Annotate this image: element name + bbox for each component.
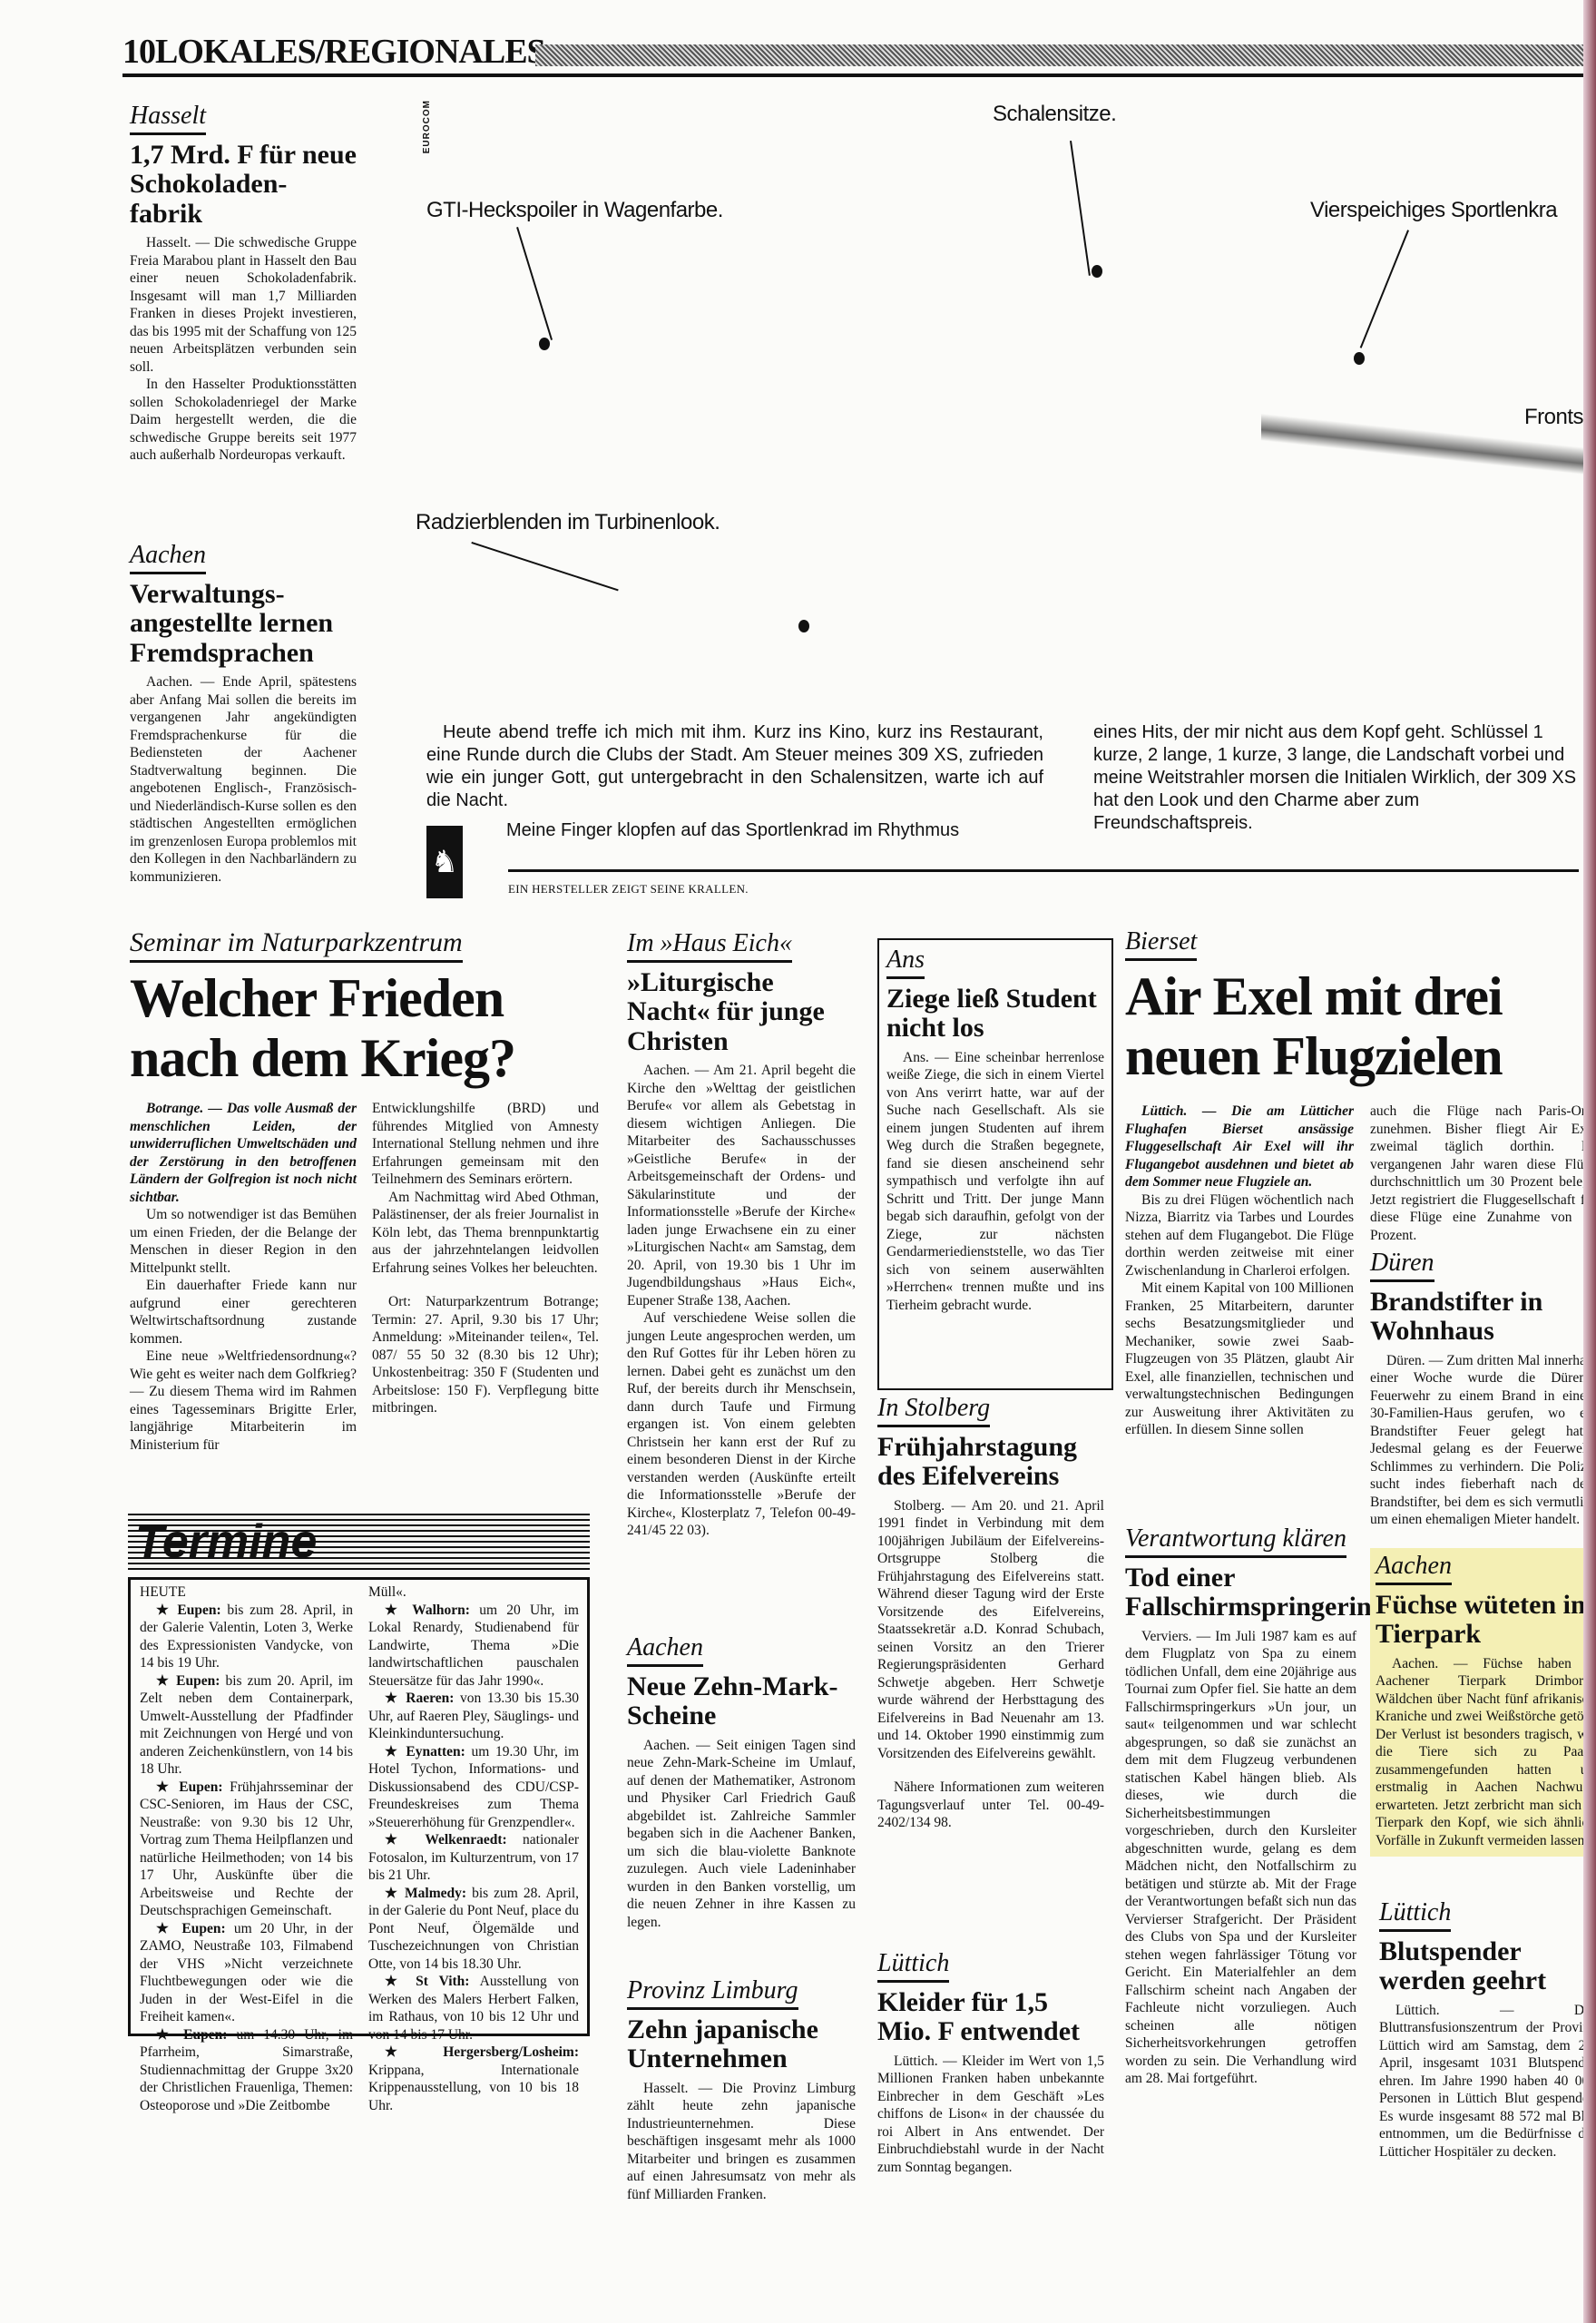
callout-pointer-dot — [539, 338, 550, 350]
article-headline: Verwaltungs-angestellte lernen Fremdspra… — [130, 580, 357, 668]
termine-item: ★ Eupen: bis zum 28. April, in der Galer… — [140, 1602, 353, 1672]
termine-item: ★ Eupen: um 20 Uhr, in der ZAMO, Neustra… — [140, 1920, 353, 2026]
termine-item: ★ Hergersberg/Losheim: Krippana, Interna… — [368, 2044, 579, 2114]
article-headline: 1,7 Mrd. F für neue Schokoladen-fabrik — [130, 141, 357, 229]
article-headline: »Liturgische Nacht« für junge Christen — [627, 968, 856, 1056]
article-luettich-kleider: Lüttich Kleider für 1,5 Mio. F entwendet… — [877, 1949, 1104, 2176]
article-kicker: Düren — [1370, 1249, 1434, 1282]
ad-callout-heckspoiler: GTI-Heckspoiler in Wagenfarbe. — [426, 198, 723, 223]
termine-col-2: Müll«. ★ Walhorn: um 20 Uhr, im Lokal Re… — [368, 1583, 579, 2114]
section-title: 10LOKALES/REGIONALES — [122, 32, 545, 72]
article-seminar: Seminar im Naturparkzentrum Welcher Frie… — [130, 927, 602, 1093]
article-headline: Kleider für 1,5 Mio. F entwendet — [877, 1988, 1104, 2047]
termine-header: Termine — [128, 1514, 590, 1570]
article-limburg: Provinz Limburg Zehn japanische Unterneh… — [627, 1976, 856, 2203]
article-haus-eich: Im »Haus Eich« »Liturgische Nacht« für j… — [627, 929, 856, 1540]
article-dueren: Düren Brandstifter in Wohnhaus Düren. — … — [1370, 1249, 1596, 1529]
article-kicker: Aachen — [627, 1633, 703, 1667]
article-headline: Neue Zehn-Mark-Scheine — [627, 1672, 856, 1731]
seminar-col-2: Entwicklungshilfe (BRD) und führendes Mi… — [372, 1100, 599, 1417]
ad-copy-left: Heute abend treffe ich mich mit ihm. Kur… — [426, 721, 1043, 812]
callout-pointer-line — [1360, 230, 1409, 348]
article-aachen-fuechse: Aachen Füchse wüteten im Tierpark Aachen… — [1370, 1548, 1596, 1857]
ad-rule — [508, 869, 1579, 872]
callout-pointer-line — [471, 542, 618, 591]
termine-item: ★ Raeren: von 13.30 bis 15.30 Uhr, auf R… — [368, 1690, 579, 1743]
page-masthead: 10LOKALES/REGIONALES — [122, 32, 1592, 77]
ad-credit: EUROCOM — [422, 100, 432, 153]
article-kicker: Ans — [886, 946, 925, 979]
article-aachen-sprachen: Aachen Verwaltungs-angestellte lernen Fr… — [130, 541, 357, 886]
article-kicker: Bierset — [1125, 927, 1197, 961]
termine-item: ★ Eupen: Frühjahrsseminar der CSC-Senior… — [140, 1779, 353, 1920]
article-headline: Ziege ließ Student nicht los — [886, 985, 1104, 1044]
callout-pointer-line — [516, 227, 553, 340]
article-verviers: Verantwortung klären Tod einer Fallschir… — [1125, 1524, 1356, 2088]
termine-box: HEUTE ★ Eupen: bis zum 28. April, in der… — [128, 1577, 590, 2036]
article-headline: Frühjahrstagung des Eifelvereins — [877, 1433, 1104, 1492]
ad-callout-schalensitze: Schalensitze. — [993, 102, 1116, 127]
page-number: 10 — [122, 33, 155, 71]
article-kicker: Im »Haus Eich« — [627, 929, 792, 963]
bierset-col-2: auch die Flüge nach Paris-Orly zunehmen.… — [1370, 1103, 1596, 1244]
article-kicker: Aachen — [130, 541, 206, 574]
article-headline: Brandstifter in Wohnhaus — [1370, 1288, 1596, 1347]
callout-pointer-line — [1070, 141, 1091, 276]
bierset-col-1: Lüttich. — Die am Lütticher Flughafen Bi… — [1125, 1103, 1354, 1439]
termine-item: ★ Walhorn: um 20 Uhr, im Lokal Renardy, … — [368, 1602, 579, 1691]
termine-item: ★ Eupen: bis zum 20. April, im Zelt nebe… — [140, 1672, 353, 1779]
article-headline: Blutspender werden geehrt — [1379, 1937, 1596, 1996]
ad-slogan: EIN HERSTELLER ZEIGT SEINE KRALLEN. — [508, 882, 749, 897]
callout-pointer-dot — [798, 620, 809, 632]
termine-item: ★ Malmedy: bis zum 28. April, in der Gal… — [368, 1885, 579, 1974]
termine-day: HEUTE — [140, 1583, 353, 1602]
ad-copy-left-last: Meine Finger klopfen auf das Sportlenkra… — [506, 819, 1051, 842]
article-ans: Ans Ziege ließ Student nicht los Ans. — … — [877, 938, 1113, 1390]
seminar-col-1: Botrange. — Das volle Ausmaß der menschl… — [130, 1100, 357, 1454]
termine-col-1: HEUTE ★ Eupen: bis zum 28. April, in der… — [140, 1583, 353, 2114]
termine-item: ★ Welkenraedt: nationaler Fotosalon, im … — [368, 1831, 579, 1885]
article-kicker: Lüttich — [877, 1949, 949, 1983]
article-aachen-mark: Aachen Neue Zehn-Mark-Scheine Aachen. — … — [627, 1633, 856, 1931]
page-edge-shadow — [1583, 0, 1596, 2323]
article-body: Hasselt. — Die schwedische Gruppe Freia … — [130, 234, 357, 465]
callout-pointer-dot — [1354, 352, 1365, 365]
ad-copy-right: eines Hits, der mir nicht aus dem Kopf g… — [1093, 721, 1583, 835]
article-headline: Tod einer Fallschirmspringerin — [1125, 1563, 1356, 1622]
article-headline: Zehn japanische Unternehmen — [627, 2015, 856, 2074]
article-luettich-blut: Lüttich Blutspender werden geehrt Lüttic… — [1379, 1898, 1596, 2161]
termine-item: ★ St Vith: Ausstellung von Werken des Ma… — [368, 1973, 579, 2044]
article-kicker: Aachen — [1376, 1552, 1452, 1585]
termine-title: Termine — [135, 1514, 317, 1570]
section-name: LOKALES/REGIONALES — [155, 33, 545, 71]
ad-callout-front: Fronts — [1524, 405, 1583, 430]
article-kicker: In Stolberg — [877, 1394, 990, 1427]
article-kicker: Seminar im Naturparkzentrum — [130, 927, 463, 963]
masthead-hatch-bar — [535, 44, 1592, 66]
article-kicker: Lüttich — [1379, 1898, 1451, 1932]
article-headline: Welcher Frieden nach dem Krieg? — [130, 968, 602, 1088]
termine-item: ★ Eynatten: um 19.30 Uhr, im Hotel Tycho… — [368, 1743, 579, 1832]
ad-callout-radzierblenden: Radzierblenden im Turbinenlook. — [416, 510, 720, 535]
article-body: Aachen. — Ende April, spätestens aber An… — [130, 673, 357, 886]
article-headline: Füchse wüteten im Tierpark — [1376, 1591, 1596, 1650]
article-bierset: Bierset Air Exel mit drei neuen Flugziel… — [1125, 927, 1596, 1092]
termine-item: ★ Eupen: um 14.30 Uhr, im Pfarrheim, Sim… — [140, 2026, 353, 2115]
callout-pointer-dot — [1092, 265, 1102, 278]
article-headline: Air Exel mit drei neuen Flugzielen — [1125, 966, 1596, 1086]
article-kicker: Provinz Limburg — [627, 1976, 798, 2010]
lion-icon: ♞ — [426, 826, 463, 898]
article-stolberg: In Stolberg Frühjahrstagung des Eifelver… — [877, 1394, 1104, 1832]
article-hasselt: Hasselt 1,7 Mrd. F für neue Schokoladen-… — [130, 102, 357, 465]
ad-callout-sportlenkrad: Vierspeichiges Sportlenkra — [1310, 198, 1557, 223]
masthead-rule — [122, 74, 1592, 77]
article-kicker: Verantwortung klären — [1125, 1524, 1346, 1558]
article-kicker: Hasselt — [130, 102, 206, 135]
